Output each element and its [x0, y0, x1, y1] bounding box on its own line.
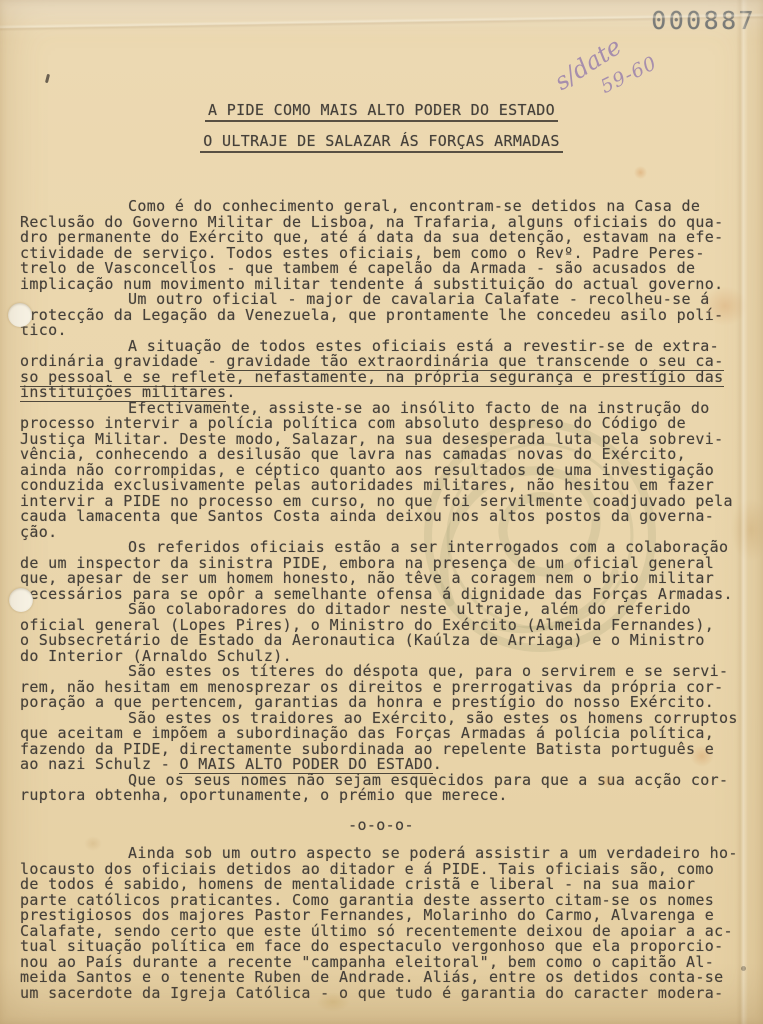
paragraph: Ainda sob um outro aspecto se poderá ass…: [20, 846, 742, 1001]
section-divider: -o-o-o-: [20, 818, 742, 834]
paper-crease: [0, 7, 763, 34]
paragraph-line: protecção da Legação da Venezuela, que p…: [20, 308, 742, 324]
paragraph: A situação de todos estes oficiais está …: [20, 339, 742, 401]
paragraph-line: cauda lamacenta que Santos Costa ainda d…: [20, 509, 742, 525]
paragraph: Efectivamente, assiste-se ao insólito fa…: [20, 401, 742, 541]
document-title-block: A PIDE COMO MAIS ALTO PODER DO ESTADO O …: [0, 103, 763, 164]
paragraph: São estes os traidores ao Exército, são …: [20, 711, 742, 773]
document-subtitle: O ULTRAJE DE SALAZAR ÁS FORÇAS ARMADAS: [200, 132, 562, 153]
hole-punch: [9, 588, 33, 612]
ink-speck: [45, 74, 50, 83]
paragraph: São colaboradores do ditador neste ultra…: [20, 602, 742, 664]
paragraph: Os referidos oficiais estão a ser interr…: [20, 540, 742, 602]
paragraph-line: um sacerdote da Igreja Católica - o que …: [20, 986, 742, 1002]
paragraph: Que os seus nomes não sejam esquecidos p…: [20, 773, 742, 804]
paragraph: Como é do conhecimento geral, encontram-…: [20, 199, 742, 292]
paragraph-line: ruptora obtenha, oportunamente, o prémio…: [20, 788, 742, 804]
paper-stain: [634, 166, 647, 179]
paragraph: São estes os títeres do déspota que, par…: [20, 664, 742, 711]
document-body: Como é do conhecimento geral, encontram-…: [20, 199, 742, 1001]
paragraph: Um outro oficial - major de cavalaria Ca…: [20, 292, 742, 339]
document-page: 000887 s/date 59-60 A PIDE COMO MAIS ALT…: [0, 0, 763, 1024]
archive-stamp-number: 000887: [651, 6, 756, 35]
document-title: A PIDE COMO MAIS ALTO PODER DO ESTADO: [205, 101, 558, 122]
hole-punch: [8, 303, 32, 327]
